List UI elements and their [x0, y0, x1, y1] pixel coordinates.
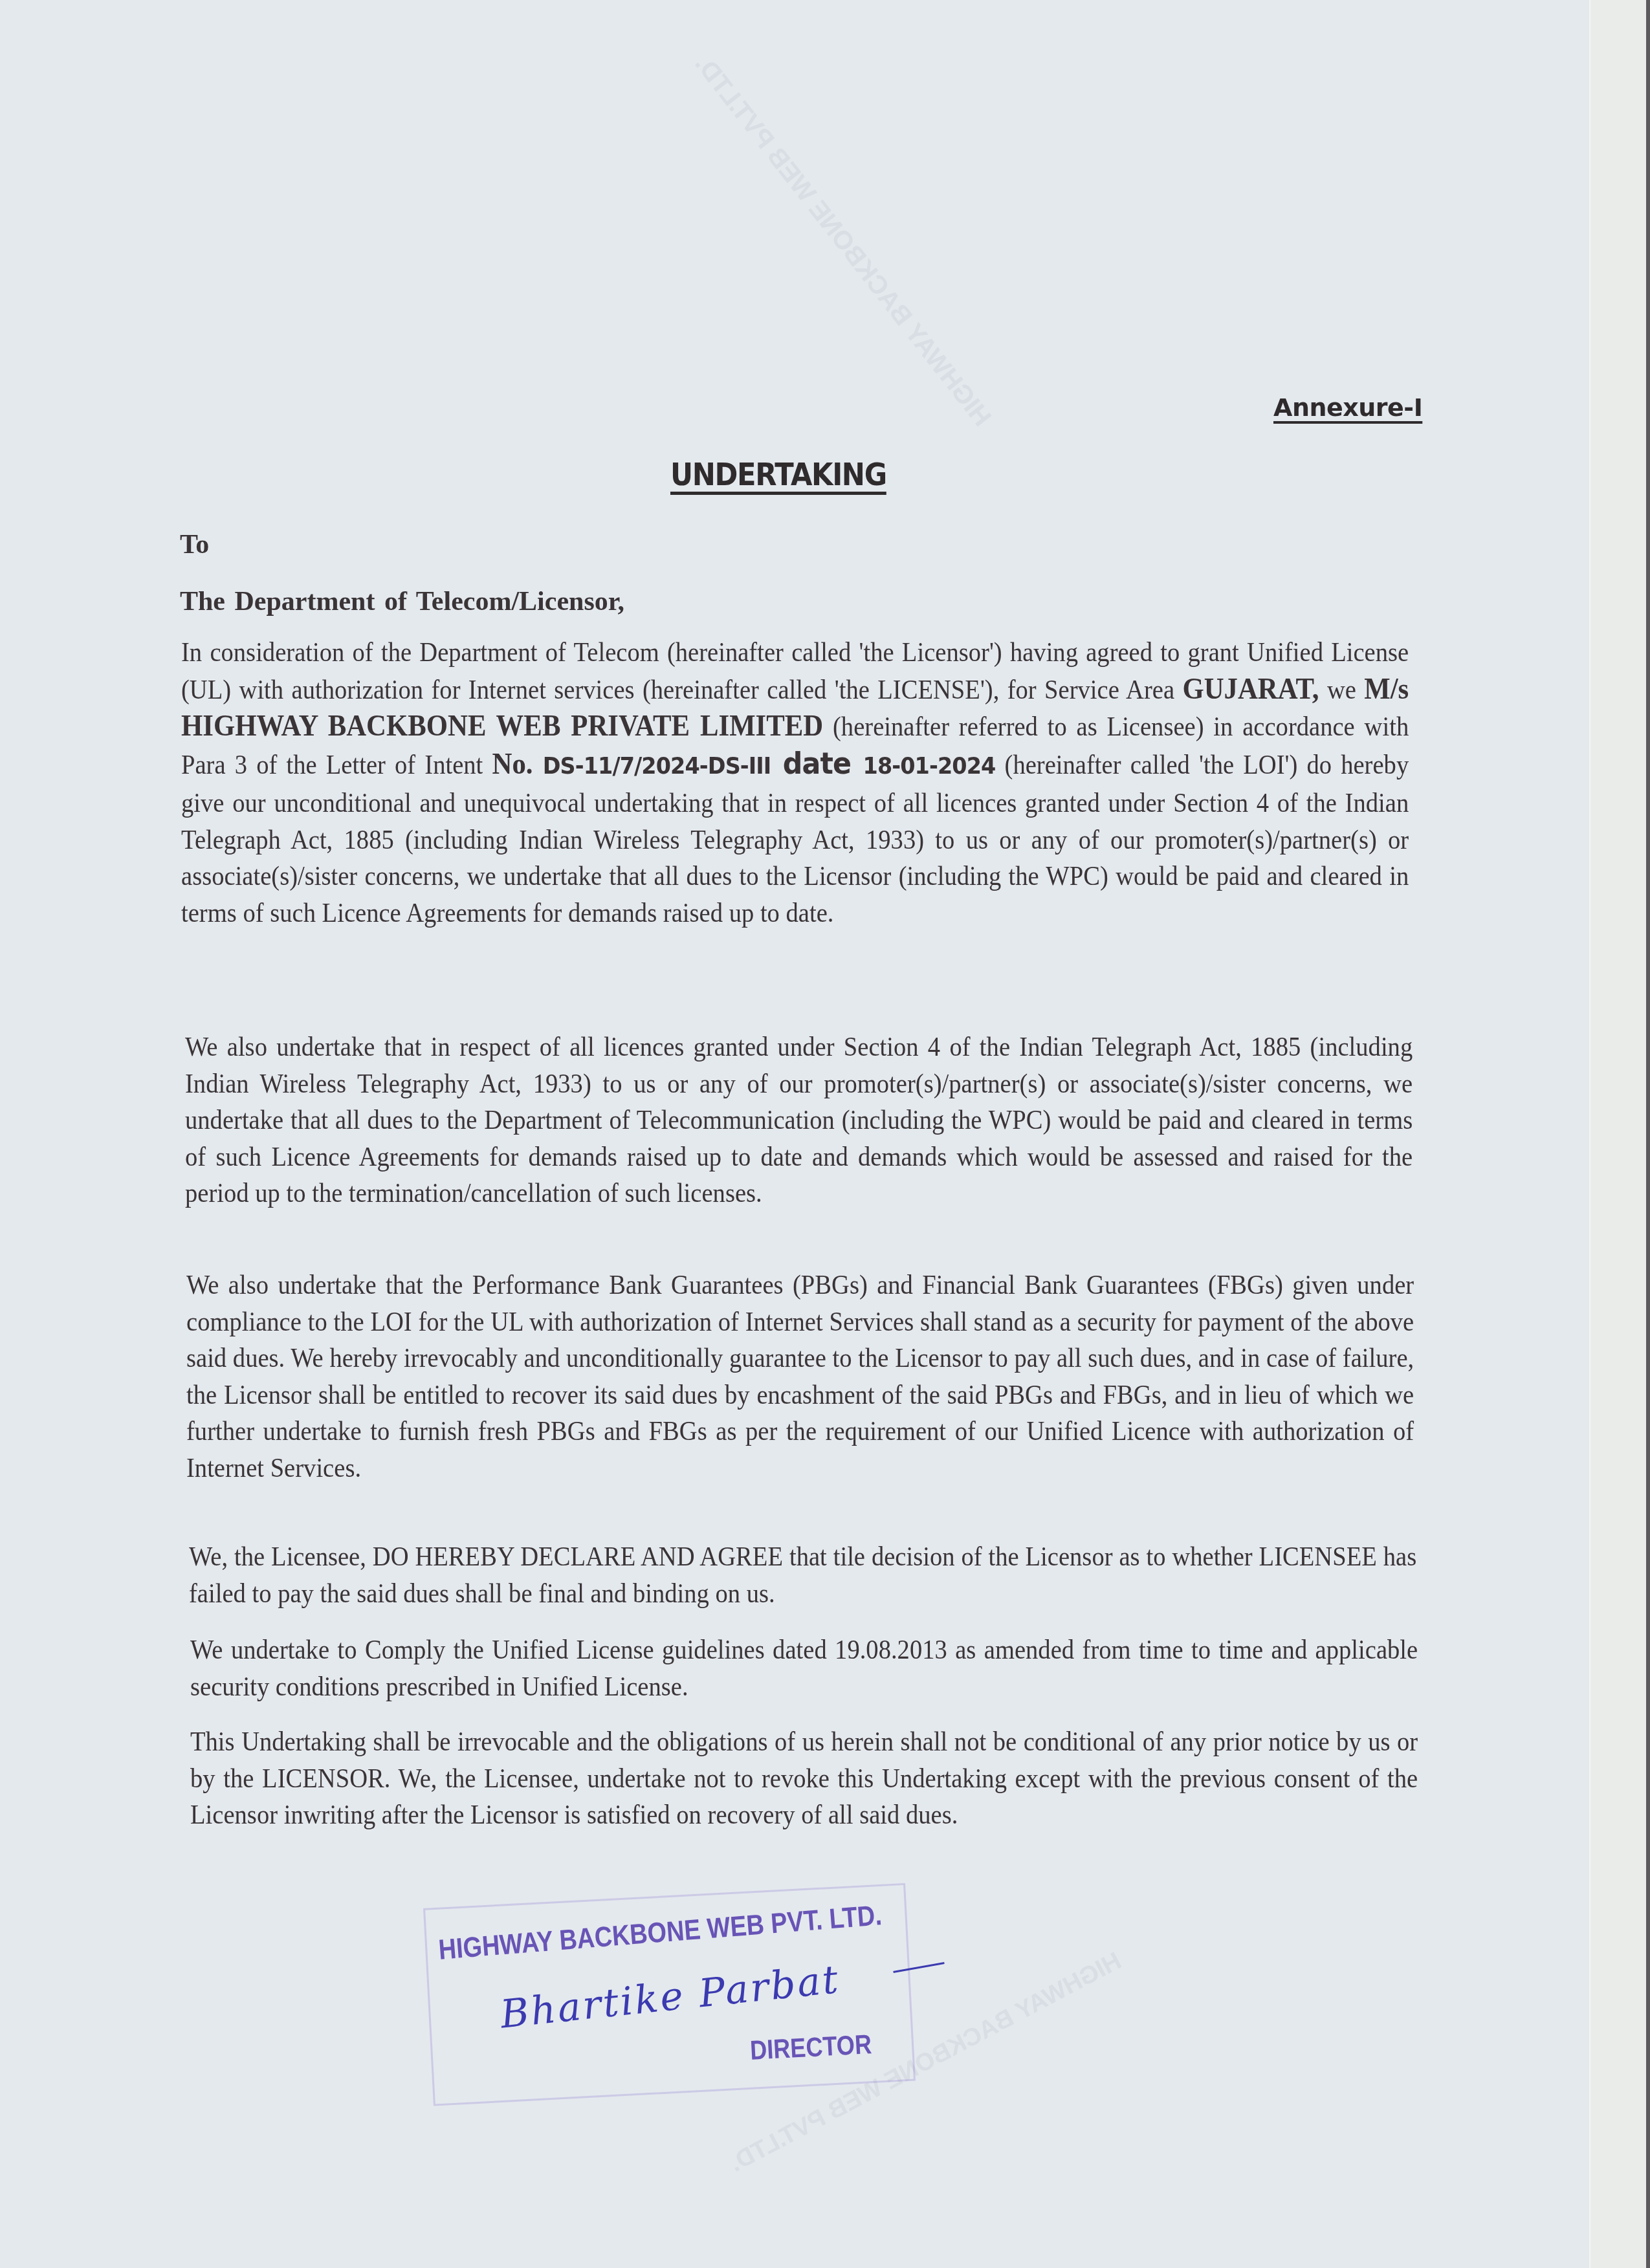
paragraph-consideration: In consideration of the Department of Te… [181, 634, 1409, 931]
paragraph-dues-dot: We also undertake that in respect of all… [185, 1029, 1413, 1212]
paragraph-declaration: We, the Licensee, DO HEREBY DECLARE AND … [189, 1538, 1416, 1611]
salutation: To [180, 529, 209, 560]
stamp-role: DIRECTOR [749, 2029, 872, 2066]
loi-number: DS-11/7/2024-DS-III [543, 753, 771, 780]
service-area: GUJARAT, [1182, 672, 1319, 705]
scan-edge [1646, 0, 1650, 2268]
paragraph-irrevocable: This Undertaking shall be irrevocable an… [190, 1723, 1418, 1833]
scan-margin-strip [1589, 0, 1647, 2268]
loi-no-label: No. [492, 747, 542, 780]
paragraph-compliance: We undertake to Comply the Unified Licen… [190, 1631, 1418, 1705]
addressee: The Department of Telecom/Licensor, [180, 586, 624, 617]
loi-date: 18-01-2024 [863, 753, 996, 780]
paragraph-text: we [1319, 675, 1365, 704]
paragraph-bank-guarantees: We also undertake that the Performance B… [186, 1267, 1414, 1486]
date-label: date [771, 746, 863, 781]
document-title: UNDERTAKING [670, 457, 886, 493]
annexure-label: Annexure-I [1273, 393, 1422, 422]
